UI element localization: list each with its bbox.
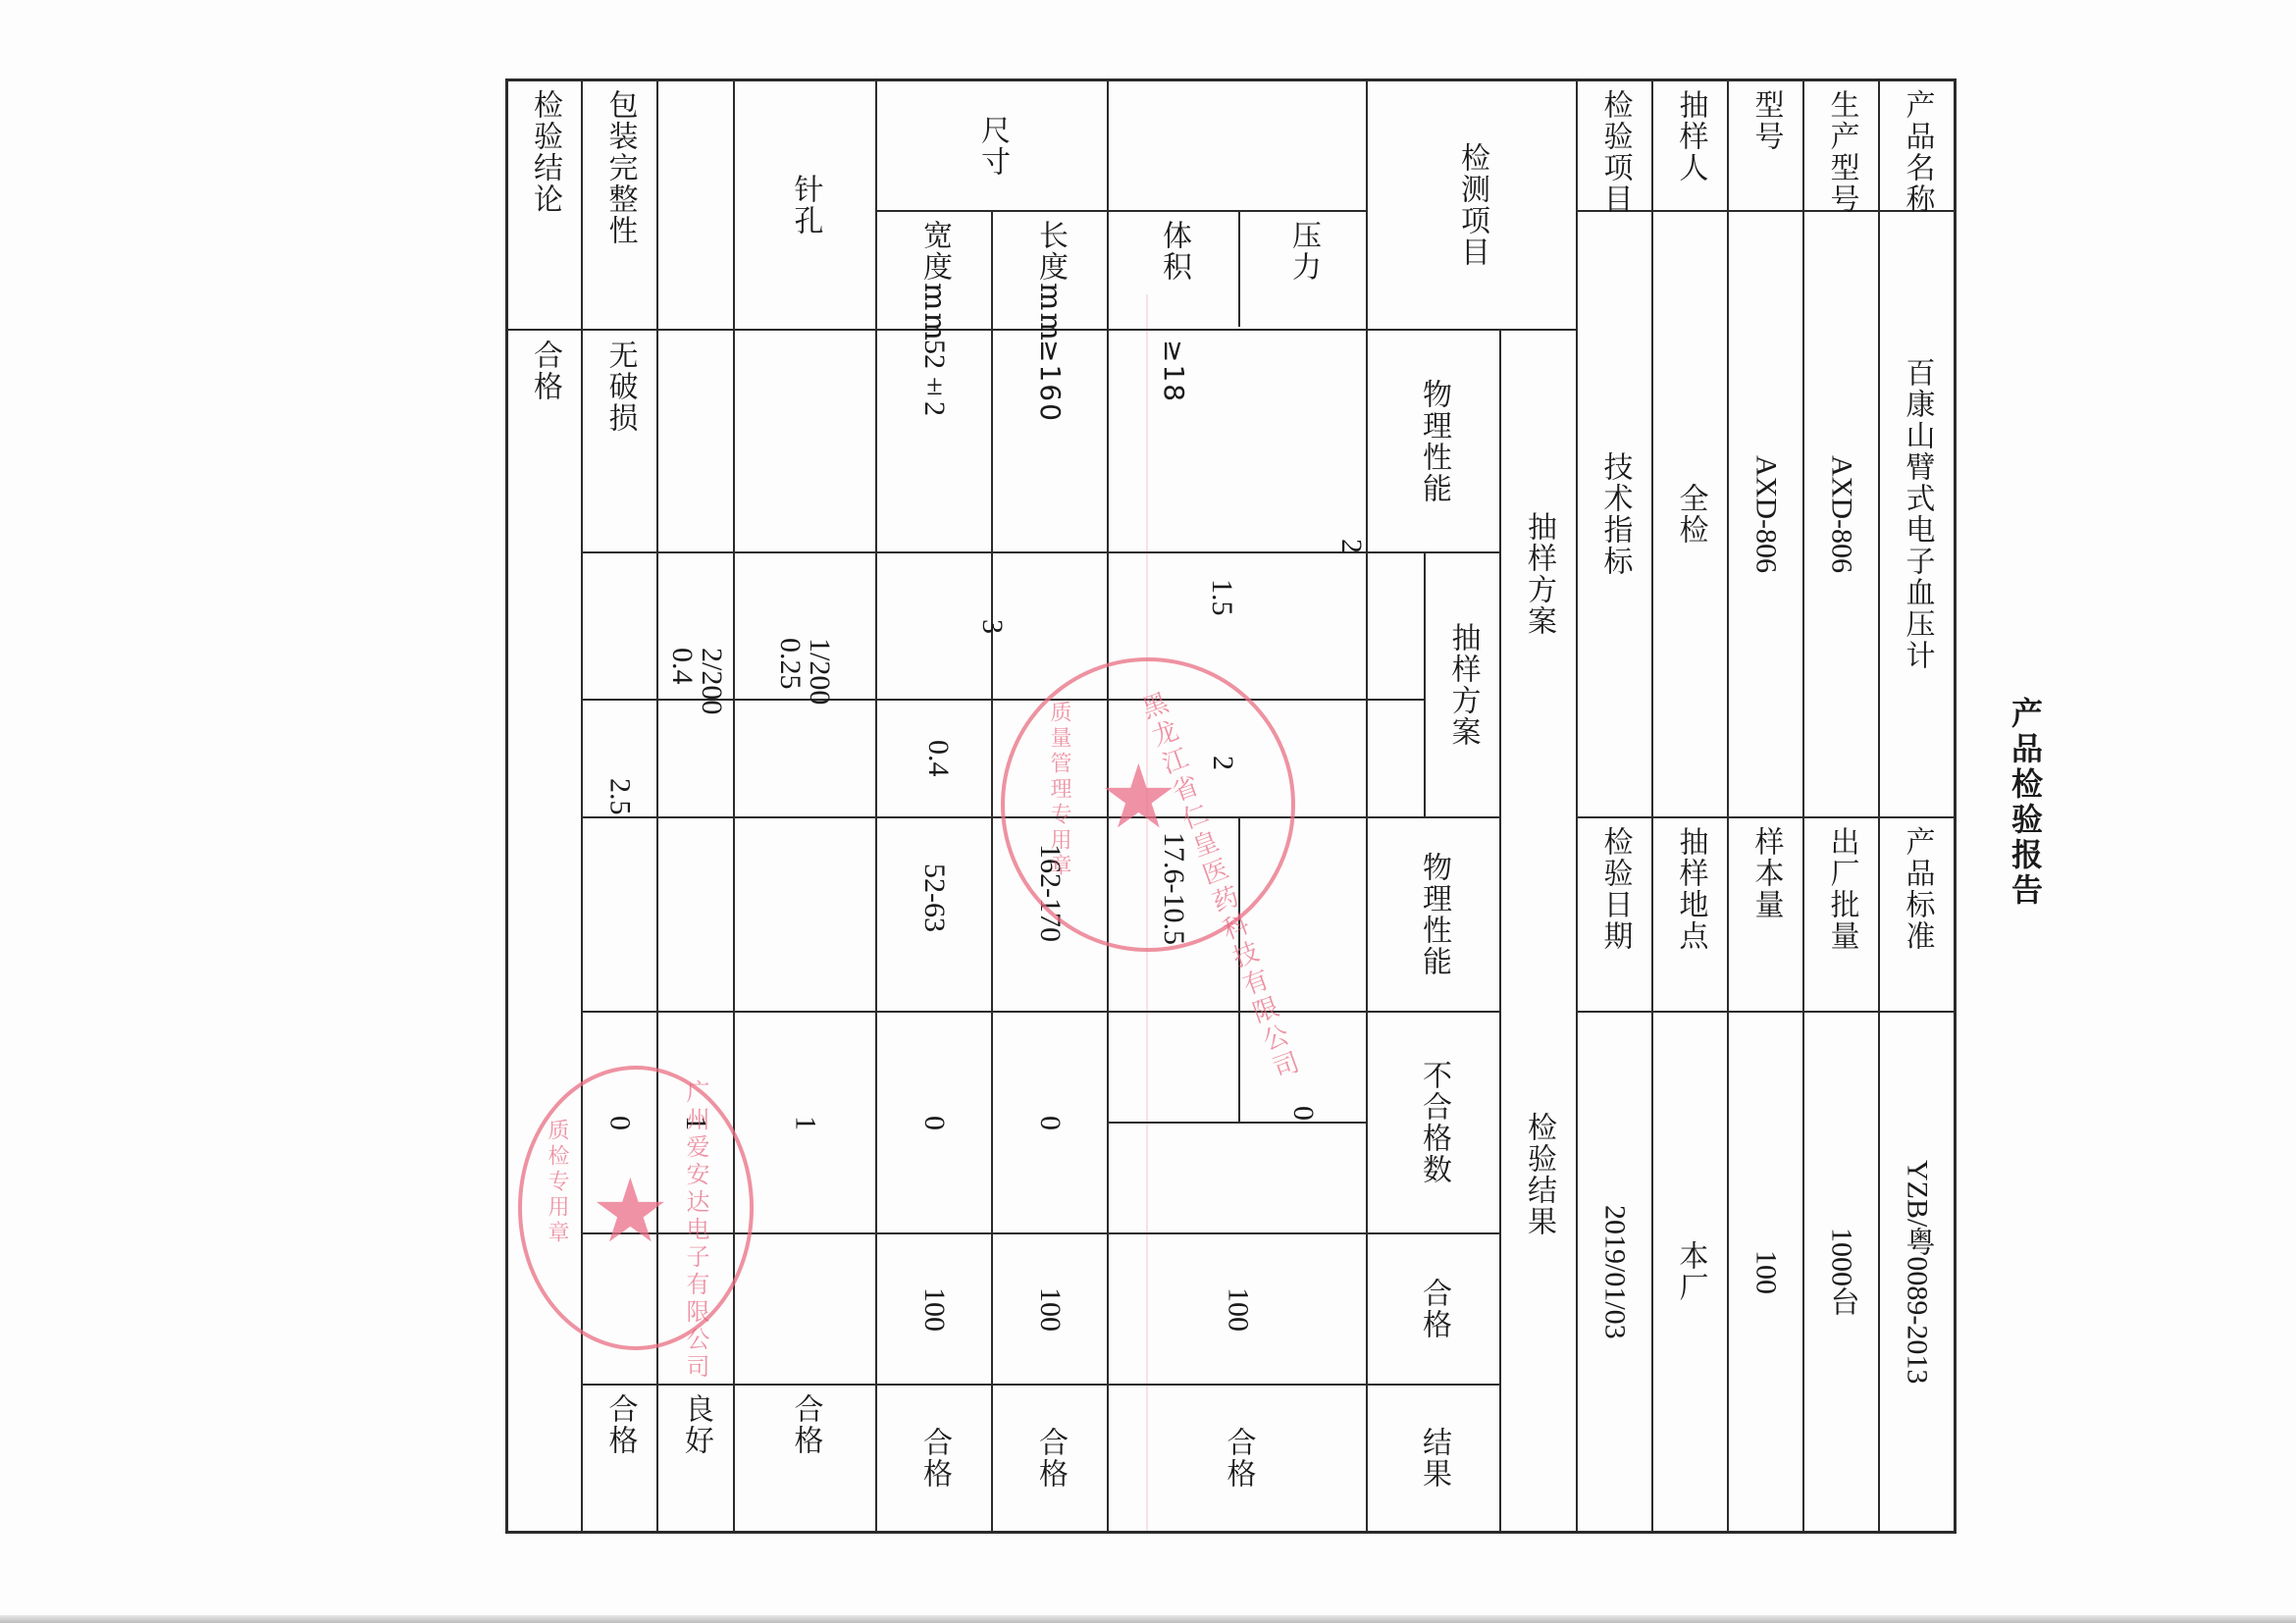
value-sampler: 全检 [1653,212,1727,816]
stamp-2-inner-text: 质检专用章 [542,1119,572,1246]
header-inspection-result: 检验结果 [1501,818,1576,1531]
result-width: 合格 [877,1386,991,1531]
header-physical-properties: 物理性能 [1368,332,1499,551]
stamp-1-inner-text: 质量管理专用章 [1044,701,1074,879]
label-sampling-location: 抽样地点 [1653,818,1727,1019]
spec-conclusion: 合格 [508,332,581,559]
spec-package: 无破损 [583,332,656,559]
header-sampling-plan: 抽样方案 [1501,332,1576,816]
value-batch-size: 1000台 [1804,1013,1878,1531]
label-sampler: 抽样人 [1653,81,1727,218]
report-title-text: 产品检验报告 [2009,697,2041,913]
result-package: 合格 [583,1386,656,1539]
unqualified-length: 0 [993,1013,1107,1232]
value-product-name: 百康山臂式电子血压计 [1880,212,1954,816]
value-product-standard: YZB/粤0089-2013 [1880,1013,1954,1531]
scan-edge [0,1615,2296,1623]
unqualified-width: 0 [877,1013,991,1232]
item-pressure: 压力 [1240,212,1366,336]
value-production-model: AXD-806 [1804,212,1878,816]
header-result: 结果 [1368,1386,1499,1531]
value-sampling-location: 本厂 [1653,1013,1727,1531]
item-width: 宽度mm [877,212,991,336]
inspection-report-page: 产品检验报告 [0,0,2296,1623]
label-production-model: 生产型号 [1804,81,1878,218]
company-stamp-1: ★ 黑龙江省仁皇医药科技有限公司 质量管理专用章 [1001,657,1295,952]
label-inspection-date: 检验日期 [1578,818,1651,1019]
qualified-volume: 100 [1109,1234,1367,1384]
item-pinhole: 针孔 [735,81,875,329]
label-model: 型号 [1729,81,1802,218]
header-qualified: 合格 [1368,1234,1499,1384]
label-product-name: 产品名称 [1880,81,1954,218]
item-length: 长度mm [993,212,1107,336]
label-inspection-item: 检验项目 [1578,81,1651,218]
measured-width: 52-63 [877,864,991,1011]
item-package-integrity: 包装完整性 [583,81,656,337]
header-sampling-plan-sub: 抽样方案 [1426,553,1499,816]
item-conclusion: 检验结论 [508,81,581,337]
qualified-length: 100 [993,1234,1107,1384]
item-volume: 体积 [1109,212,1238,336]
group-size: 尺寸 [877,81,1107,210]
stamp-2-outer-text: 广州爱安达电子有限公司 [679,1079,713,1382]
result-volume: 合格 [1109,1386,1367,1531]
plan-pinhole-2: 0.42/200 [667,648,726,805]
value-model: AXD-806 [1729,212,1802,816]
result-pinhole-2: 良好 [658,1386,733,1539]
spec-width: 52±2 [877,332,991,559]
plan-a-pressure: 2 [1240,332,1368,557]
grid-line [1366,329,1577,331]
grid-line [1366,699,1425,701]
result-length: 合格 [993,1386,1107,1531]
label-product-standard: 产品标准 [1880,818,1954,1019]
value-inspection-item: 技术指标 [1578,212,1651,816]
border-right [1954,79,1957,1534]
report-title: 产品检验报告 [2006,697,2045,913]
label-sample-size: 样本量 [1729,818,1802,1019]
star-icon: ★ [591,1168,670,1256]
plan-pinhole: 0.251/200 [765,638,844,795]
unqualified-pinhole: 1 [735,1013,875,1232]
value-sample-size: 100 [1729,1013,1802,1531]
header-physical-result: 物理性能 [1368,818,1499,1011]
header-test-item: 检测项目 [1368,81,1576,329]
value-inspection-date: 2019/01/03 [1578,1013,1651,1531]
company-stamp-2: ★ 广州爱安达电子有限公司 质检专用章 [518,1066,754,1350]
stamp-1-outer-text: 黑龙江省仁皇医药科技有限公司 [1131,687,1306,1086]
grid-line [1107,1122,1367,1124]
spec-volume: ≥18 [1109,332,1238,559]
header-unqualified-count: 不合格数 [1368,1013,1499,1232]
result-pinhole: 合格 [735,1386,875,1539]
label-batch-size: 出厂批量 [1804,818,1878,1019]
qualified-width: 100 [877,1234,991,1384]
plan-package: 2.5 [583,701,656,814]
spec-length: ≥160 [993,332,1107,559]
